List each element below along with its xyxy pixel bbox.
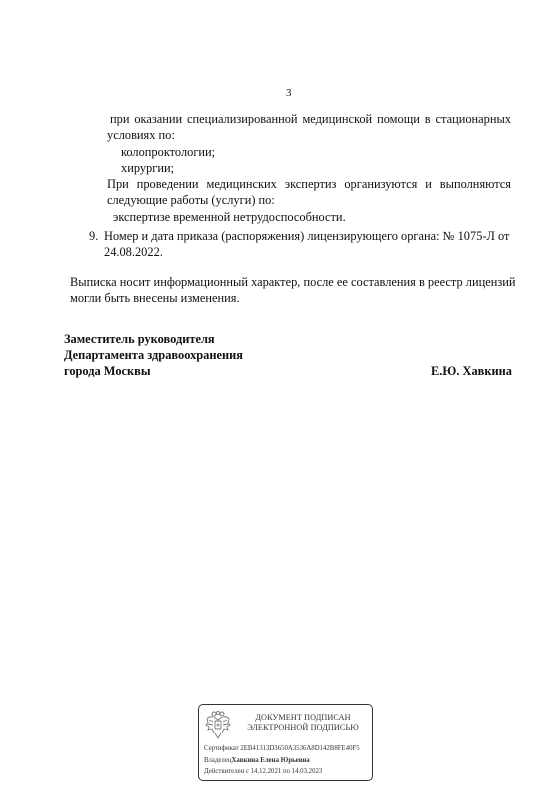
notice-line-2: могли быть внесены изменения. <box>70 292 240 304</box>
body-line-1: при оказании специализированной медицинс… <box>110 113 511 125</box>
owner-value: Хавкина Елена Юрьевна <box>231 757 309 764</box>
item-9-number: 9. <box>89 230 98 242</box>
body-line-3: колопроктологии; <box>121 146 215 158</box>
stamp-title-line-1: ДОКУМЕНТ ПОДПИСАН <box>233 713 373 723</box>
body-line-7: экспертизе временной нетрудоспособности. <box>113 211 346 223</box>
body-line-6: следующие работы (услуги) по: <box>107 194 275 206</box>
page-number: 3 <box>286 88 292 99</box>
body-line-4: хирургии; <box>121 162 174 174</box>
stamp-owner: ВладелецХавкина Елена Юрьевна <box>204 757 310 764</box>
item-9-line-1: Номер и дата приказа (распоряжения) лице… <box>104 230 509 242</box>
stamp-title-line-2: ЭЛЕКТРОННОЙ ПОДПИСЬЮ <box>233 723 373 733</box>
certificate-value: 2EB41313D3650A3536A8D142B8FE40F5 <box>240 745 359 752</box>
owner-label: Владелец <box>204 757 231 764</box>
body-line-5: При проведении медицинских экспертиз орг… <box>107 178 511 190</box>
signer-position-line-1: Заместитель руководителя <box>64 333 215 345</box>
stamp-title: ДОКУМЕНТ ПОДПИСАН ЭЛЕКТРОННОЙ ПОДПИСЬЮ <box>233 713 373 733</box>
signer-position-line-3: города Москвы <box>64 365 151 377</box>
russian-coat-of-arms-icon <box>205 710 231 740</box>
signer-name: Е.Ю. Хавкина <box>431 365 512 377</box>
body-line-2: условиях по: <box>107 129 175 141</box>
signer-position-line-2: Департамента здравоохранения <box>64 349 243 361</box>
stamp-validity: Действителен с 14.12.2021 по 14.03.2023 <box>204 768 322 775</box>
electronic-signature-stamp: ДОКУМЕНТ ПОДПИСАН ЭЛЕКТРОННОЙ ПОДПИСЬЮ С… <box>198 704 373 781</box>
certificate-label: Сертификат <box>204 745 239 752</box>
item-9-line-2: 24.08.2022. <box>104 246 163 258</box>
stamp-certificate: Сертификат 2EB41313D3650A3536A8D142B8FE4… <box>204 745 360 752</box>
notice-line-1: Выписка носит информационный характер, п… <box>70 276 516 288</box>
